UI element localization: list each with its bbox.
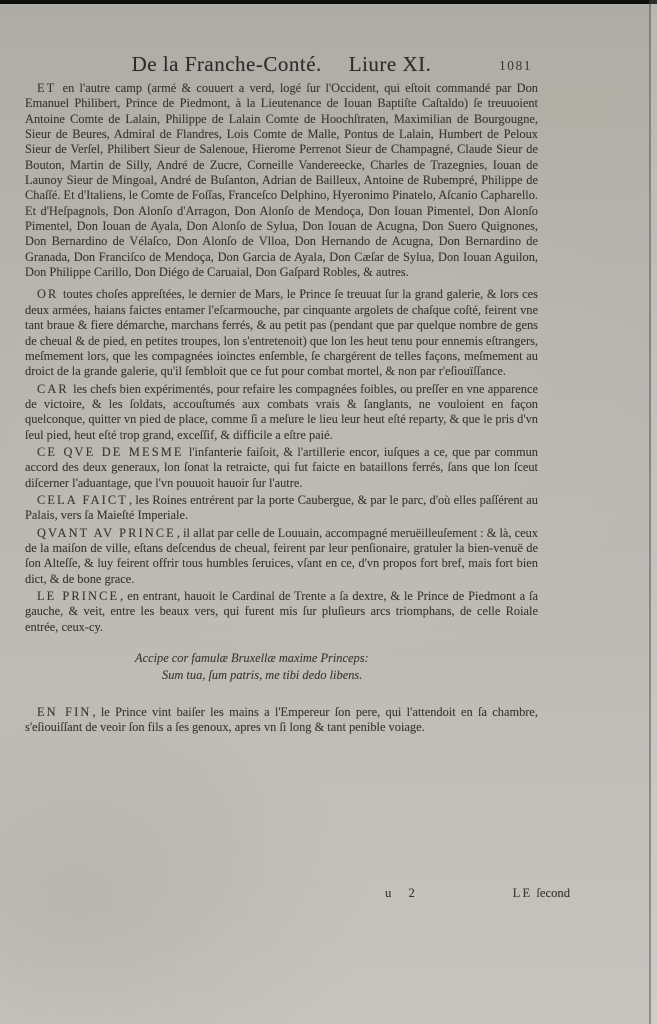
- paragraph-4: CE QVE DE MESME l'infanterie faiſoit, & …: [25, 445, 538, 491]
- paragraph-2-text: toutes choſes appreſtées, le dernier de …: [25, 287, 538, 378]
- paragraph-4-lead: CE QVE DE MESME: [37, 445, 185, 459]
- catchword: LE ſecond: [513, 886, 570, 901]
- paragraph-1: ET en l'autre camp (armé & couuert a ver…: [25, 81, 538, 280]
- paragraph-6-lead: QVANT AV PRINCE: [37, 526, 177, 540]
- verse-line-1: Accipe cor famulæ Bruxellæ maxime Prince…: [135, 650, 538, 667]
- page-edge-highlight: [651, 0, 657, 1024]
- paragraph-7: LE PRINCE, en entrant, hauoit le Cardina…: [25, 589, 538, 635]
- running-head: De la Franche-Conté. Liure XI.: [25, 52, 538, 77]
- paragraph-2-lead: OR: [37, 287, 59, 301]
- verse-line-2: Sum tua, ſum patris, me tibi dedo libens…: [162, 667, 538, 684]
- paragraph-6: QVANT AV PRINCE, il allat par celle de L…: [25, 526, 538, 587]
- paragraph-3-text: les chefs bien expérimentés, pour refair…: [25, 382, 538, 442]
- paragraph-3-lead: CAR: [37, 382, 70, 396]
- running-head-book: Liure XI.: [349, 52, 432, 77]
- page-number: 1081: [499, 58, 532, 74]
- book-page-scan: De la Franche-Conté. Liure XI. 1081 ET e…: [0, 0, 657, 1024]
- paragraph-3: CAR les chefs bien expérimentés, pour re…: [25, 382, 538, 443]
- paragraph-7-lead: LE PRINCE: [37, 589, 120, 603]
- running-head-title: De la Franche-Conté.: [132, 52, 322, 77]
- paragraph-1-text: en l'autre camp (armé & couuert a verd, …: [25, 81, 538, 279]
- paragraph-5-lead: CELA FAICT: [37, 493, 129, 507]
- latin-verse: Accipe cor famulæ Bruxellæ maxime Prince…: [135, 650, 538, 684]
- paragraph-8: EN FIN, le Prince vint baiſer les mains …: [25, 705, 538, 736]
- scan-edge-top: [0, 0, 657, 4]
- paragraph-8-lead: EN FIN: [37, 705, 92, 719]
- paragraph-8-text: , le Prince vint baiſer les mains a l'Em…: [25, 705, 538, 734]
- paragraph-2: OR toutes choſes appreſtées, le dernier …: [25, 287, 538, 379]
- paragraph-1-lead: ET: [37, 81, 57, 95]
- signature-mark: u 2: [385, 886, 415, 901]
- paragraph-5: CELA FAICT, les Roines entrérent par la …: [25, 493, 538, 524]
- catchword-text: ſecond: [533, 886, 570, 900]
- body-text: ET en l'autre camp (armé & couuert a ver…: [25, 81, 538, 736]
- catchword-lead: LE: [513, 886, 534, 900]
